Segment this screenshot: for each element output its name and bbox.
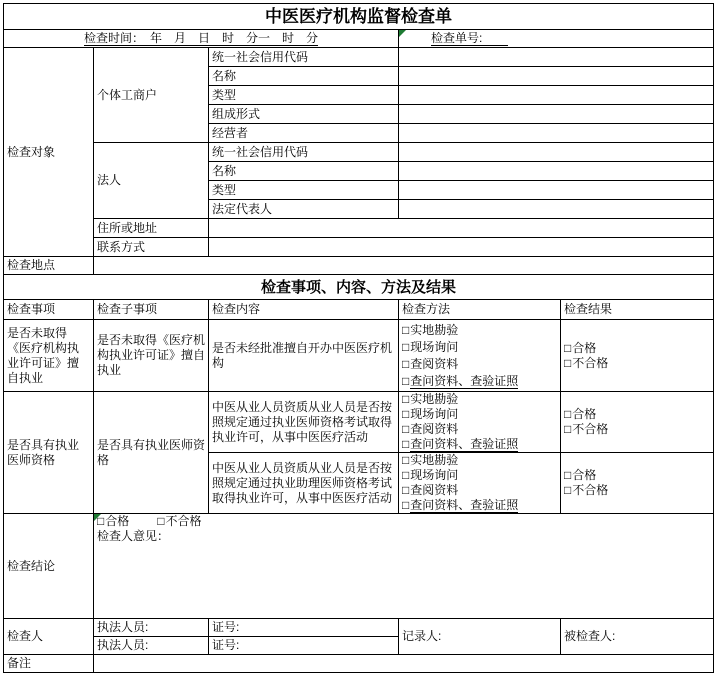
value-cell-individual-name[interactable]: [399, 67, 714, 86]
subject-label: 检查对象: [4, 48, 94, 257]
officer-field-2[interactable]: 执法人员:: [94, 637, 209, 655]
method-option[interactable]: □查问资料、查验证照: [402, 437, 557, 452]
method-option[interactable]: □现场询问: [402, 407, 557, 422]
checkbox-icon[interactable]: □: [564, 422, 571, 437]
form-title: 中医医疗机构监督检查单: [4, 4, 714, 30]
error-indicator-triangle: [399, 30, 406, 37]
checkbox-icon[interactable]: □: [402, 453, 409, 468]
inspection-time-label: 检查时间： 年 月 日 时 分一 时 分: [84, 31, 318, 46]
column-header-method: 检查方法: [399, 300, 561, 320]
conclusion-pass-label: 合格: [105, 514, 129, 528]
contact-label: 联系方式: [94, 238, 209, 257]
officer-field-1[interactable]: 执法人员:: [94, 619, 209, 637]
checkbox-icon[interactable]: □: [564, 407, 571, 422]
field-label-individual-name: 名称: [209, 67, 399, 86]
method-option[interactable]: □查阅资料: [402, 356, 557, 373]
method-option[interactable]: □查阅资料: [402, 422, 557, 437]
inspected-person-label: 被检查人:: [564, 629, 615, 643]
checkbox-icon[interactable]: □: [564, 483, 571, 498]
method-option[interactable]: □实地勘验: [402, 453, 557, 468]
method-label: 现场询问: [410, 407, 458, 421]
recorder-label: 记录人:: [402, 629, 441, 643]
sheet-number-blank: [482, 32, 508, 46]
value-cell-individual-composition[interactable]: [399, 105, 714, 124]
method-label: 查问资料、查验证照: [410, 374, 518, 389]
checkbox-icon[interactable]: □: [402, 498, 409, 513]
value-cell-legal-uscc[interactable]: [399, 143, 714, 162]
value-cell-individual-uscc[interactable]: [399, 48, 714, 67]
method-option[interactable]: □查问资料、查验证照: [402, 373, 557, 390]
error-indicator-triangle: [94, 514, 101, 521]
item-1-methods: □实地勘验 □现场询问 □查阅资料 □查问资料、查验证照: [399, 320, 561, 392]
result-option[interactable]: □合格: [564, 407, 710, 422]
method-option[interactable]: □实地勘验: [402, 322, 557, 339]
result-option[interactable]: □不合格: [564, 422, 710, 437]
method-label: 现场询问: [410, 340, 458, 354]
sheet-number-field[interactable]: 检查单号:: [399, 30, 714, 48]
result-option[interactable]: □合格: [564, 468, 710, 483]
item-2-results: □合格 □不合格: [561, 392, 714, 453]
item-3-content: 中医从业人员资质从业人员是否按照规定通过执业助理医师资格考试取得执业许可，从事中…: [209, 453, 399, 514]
item-1-content: 是否未经批准擅自开办中医医疗机构: [209, 320, 399, 392]
checkbox-icon[interactable]: □: [402, 322, 409, 339]
method-option[interactable]: □查问资料、查验证照: [402, 498, 557, 513]
inspected-person-field[interactable]: 被检查人:: [561, 619, 714, 655]
value-cell-legal-type[interactable]: [399, 181, 714, 200]
legal-person-label: 法人: [94, 143, 209, 219]
method-option[interactable]: □现场询问: [402, 468, 557, 483]
inspection-form: 中医医疗机构监督检查单 检查时间： 年 月 日 时 分一 时 分 检查单号: 检…: [3, 3, 716, 673]
method-label: 实地勘验: [410, 453, 458, 467]
address-label: 住所或地址: [94, 219, 209, 238]
result-option[interactable]: □不合格: [564, 356, 710, 371]
method-label: 实地勘验: [410, 392, 458, 406]
checkbox-icon[interactable]: □: [402, 422, 409, 437]
method-label: 查问资料、查验证照: [410, 437, 518, 452]
officer-label: 执法人员:: [97, 638, 148, 652]
column-header-item: 检查事项: [4, 300, 94, 320]
result-label: 不合格: [572, 483, 608, 497]
individual-business-label: 个体工商户: [94, 48, 209, 143]
method-label: 查阅资料: [410, 422, 458, 436]
value-cell-legal-representative[interactable]: [399, 200, 714, 219]
column-header-content: 检查内容: [209, 300, 399, 320]
method-label: 查问资料、查验证照: [410, 498, 518, 513]
field-label-individual-type: 类型: [209, 86, 399, 105]
checkbox-icon[interactable]: □: [402, 468, 409, 483]
result-option[interactable]: □合格: [564, 341, 710, 356]
field-label-individual-operator: 经营者: [209, 124, 399, 143]
value-cell-location[interactable]: [94, 257, 714, 275]
item-3-methods: □实地勘验 □现场询问 □查阅资料 □查问资料、查验证照: [399, 453, 561, 514]
item-1-sub-item: 是否未取得《医疗机构执业许可证》擅自执业: [94, 320, 209, 392]
value-cell-contact[interactable]: [209, 238, 714, 257]
checkbox-icon[interactable]: □: [402, 373, 409, 390]
method-label: 实地勘验: [410, 323, 458, 337]
remark-label: 备注: [4, 655, 94, 673]
item-2-name: 是否具有执业医师资格: [4, 392, 94, 514]
inspection-time-field[interactable]: 检查时间： 年 月 日 时 分一 时 分: [4, 30, 399, 48]
checkbox-icon[interactable]: □: [402, 392, 409, 407]
field-label-legal-uscc: 统一社会信用代码: [209, 143, 399, 162]
inspector-label: 检查人: [4, 619, 94, 655]
checkbox-icon[interactable]: □: [402, 483, 409, 498]
value-cell-individual-operator[interactable]: [399, 124, 714, 143]
item-1-name: 是否未取得《医疗机构执业许可证》擅自执业: [4, 320, 94, 392]
cert-field-1[interactable]: 证号:: [209, 619, 399, 637]
item-2-methods: □实地勘验 □现场询问 □查阅资料 □查问资料、查验证照: [399, 392, 561, 453]
method-option[interactable]: □查阅资料: [402, 483, 557, 498]
checkbox-icon[interactable]: □: [402, 407, 409, 422]
column-header-sub-item: 检查子事项: [94, 300, 209, 320]
method-option[interactable]: □实地勘验: [402, 392, 557, 407]
method-option[interactable]: □现场询问: [402, 339, 557, 356]
checkbox-icon[interactable]: □: [564, 341, 571, 356]
item-3-results: □合格 □不合格: [561, 453, 714, 514]
checkbox-icon[interactable]: □: [402, 339, 409, 356]
inspector-opinion-label: 检查人意见：: [97, 529, 710, 544]
sheet-number-label: 检查单号:: [431, 31, 482, 46]
checkbox-icon[interactable]: □: [157, 514, 164, 529]
checkbox-icon[interactable]: □: [564, 356, 571, 371]
field-label-individual-composition: 组成形式: [209, 105, 399, 124]
field-label-legal-name: 名称: [209, 162, 399, 181]
checkbox-icon[interactable]: □: [564, 468, 571, 483]
conclusion-label: 检查结论: [4, 514, 94, 619]
cert-field-2[interactable]: 证号:: [209, 637, 399, 655]
section-title: 检查事项、内容、方法及结果: [4, 275, 714, 300]
result-label: 合格: [572, 407, 596, 421]
conclusion-fail-option[interactable]: □不合格: [157, 514, 201, 528]
item-1-results: □合格 □不合格: [561, 320, 714, 392]
conclusion-cell[interactable]: □合格□不合格 检查人意见：: [94, 514, 714, 619]
conclusion-pass-option[interactable]: □合格: [97, 514, 129, 528]
value-cell-remark[interactable]: [94, 655, 714, 673]
recorder-field[interactable]: 记录人:: [399, 619, 561, 655]
value-cell-address[interactable]: [209, 219, 714, 238]
value-cell-individual-type[interactable]: [399, 86, 714, 105]
location-label: 检查地点: [4, 257, 94, 275]
item-2-content: 中医从业人员资质从业人员是否按照规定通过执业医师资格考试取得执业许可，从事中医医…: [209, 392, 399, 453]
officer-label: 执法人员:: [97, 620, 148, 634]
column-header-result: 检查结果: [561, 300, 714, 320]
checkbox-icon[interactable]: □: [402, 356, 409, 373]
field-label-individual-uscc: 统一社会信用代码: [209, 48, 399, 67]
result-label: 合格: [572, 341, 596, 355]
conclusion-fail-label: 不合格: [166, 514, 202, 528]
cert-label: 证号:: [212, 620, 239, 634]
value-cell-legal-name[interactable]: [399, 162, 714, 181]
result-label: 合格: [572, 468, 596, 482]
method-label: 查阅资料: [410, 483, 458, 497]
field-label-legal-representative: 法定代表人: [209, 200, 399, 219]
checkbox-icon[interactable]: □: [402, 437, 409, 452]
result-option[interactable]: □不合格: [564, 483, 710, 498]
method-label: 查阅资料: [410, 357, 458, 371]
cert-label: 证号:: [212, 638, 239, 652]
item-2-sub-item: 是否具有执业医师资格: [94, 392, 209, 514]
field-label-legal-type: 类型: [209, 181, 399, 200]
result-label: 不合格: [572, 356, 608, 370]
method-label: 现场询问: [410, 468, 458, 482]
form-table: 中医医疗机构监督检查单 检查时间： 年 月 日 时 分一 时 分 检查单号: 检…: [3, 3, 714, 673]
result-label: 不合格: [572, 422, 608, 436]
